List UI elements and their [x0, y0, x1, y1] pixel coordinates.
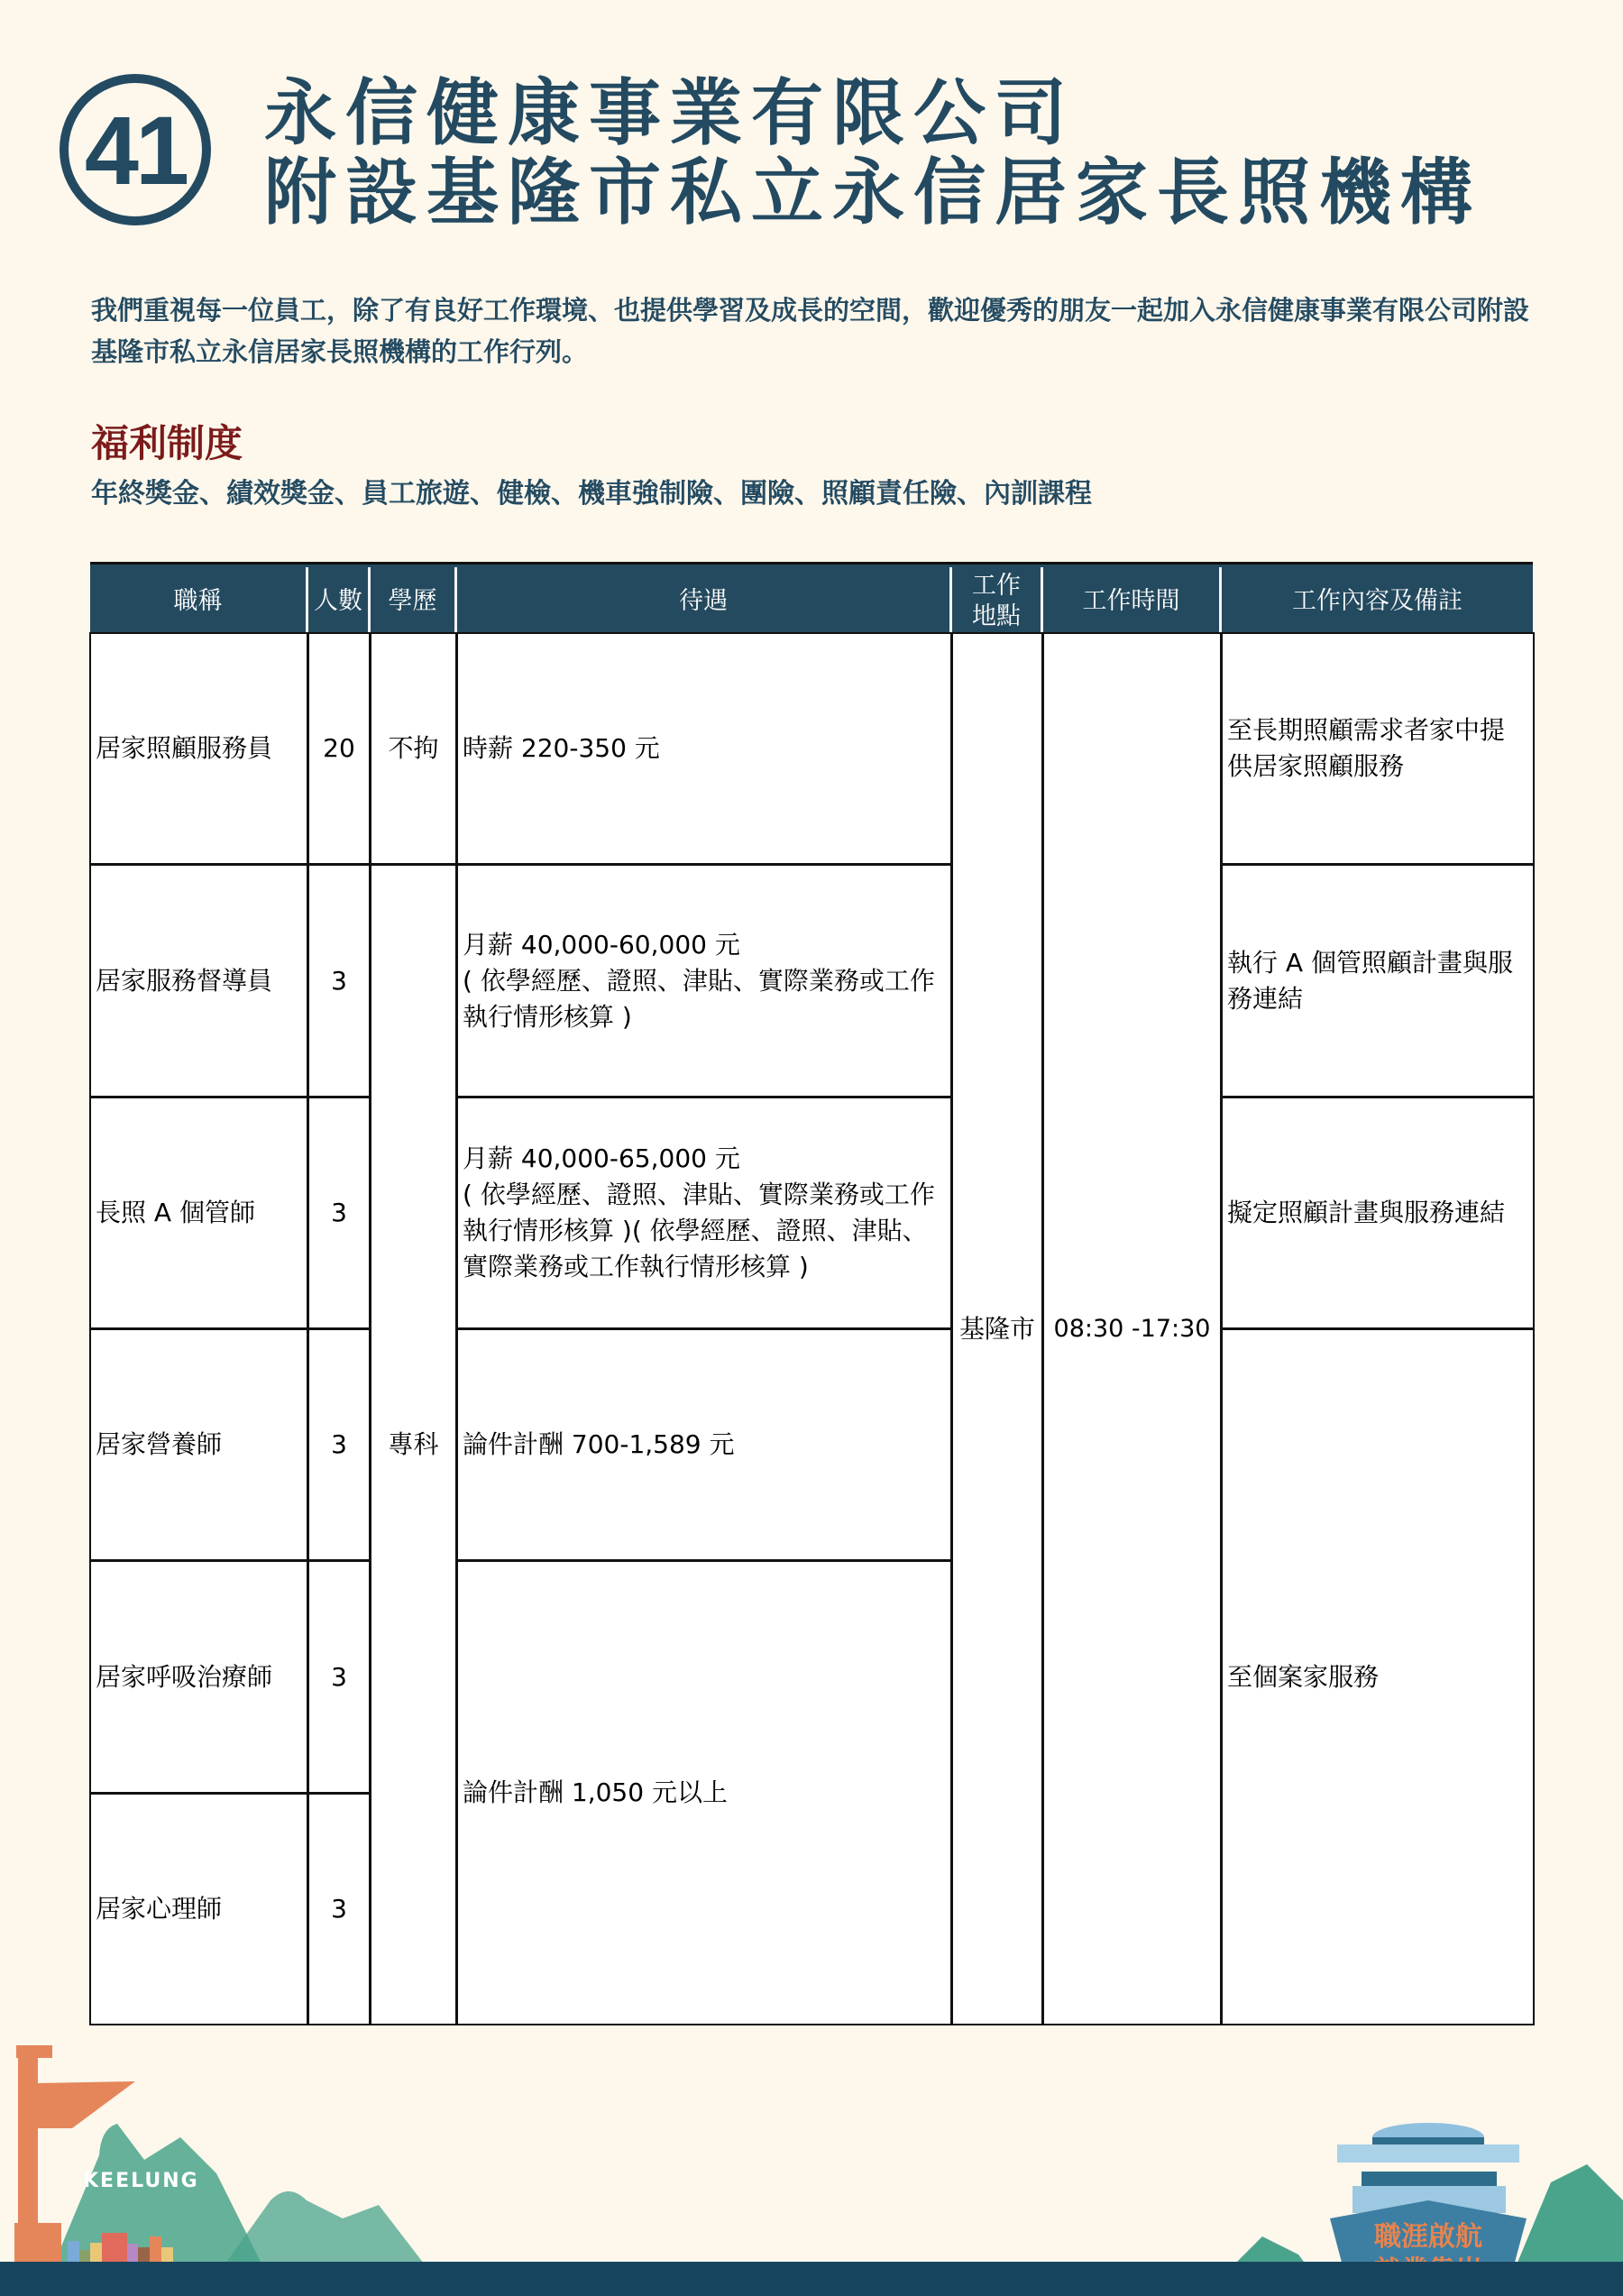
cell-duties: 至個案家服務 [1221, 1328, 1535, 2025]
job-table: 職稱 人數 學歷 待遇 工作 地點 工作時間 工作內容及備註 居家照顧服務員20… [90, 562, 1533, 2025]
cell-headcount: 3 [307, 864, 371, 1097]
cell-hours: 08:30 -17:30 [1042, 632, 1222, 2025]
cell-headcount: 20 [307, 632, 371, 865]
header-location: 工作 地點 [952, 567, 1043, 636]
cell-headcount: 3 [307, 1097, 371, 1329]
benefits-list: 年終獎金、績效獎金、員工旅遊、健檢、機車強制險、團險、照顧責任險、內訓課程 [91, 474, 1092, 514]
cell-salary: 論件計酬 1,050 元以上 [456, 1560, 952, 2025]
cell-salary: 月薪 40,000-60,000 元 ( 依學經歷、證照、津貼、實際業務或工作執… [456, 864, 952, 1097]
cell-headcount: 3 [307, 1560, 371, 1794]
cell-job-title: 居家營養師 [89, 1328, 308, 1561]
cell-headcount: 3 [307, 1328, 371, 1561]
keelung-skyline-illustration: KEELUNG [0, 2020, 721, 2296]
slogan-line-1: 職涯啟航 [1374, 2221, 1482, 2253]
benefits-heading: 福利制度 [91, 420, 243, 467]
table-header: 職稱 人數 學歷 待遇 工作 地點 工作時間 工作內容及備註 [90, 562, 1533, 633]
cell-salary: 論件計酬 700-1,589 元 [456, 1328, 952, 1561]
cell-job-title: 居家心理師 [89, 1793, 308, 2025]
table-body: 居家照顧服務員20居家服務督導員3長照 A 個管師3居家營養師3居家呼吸治療師3… [90, 633, 1533, 2025]
cell-duties: 執行 A 個管照顧計畫與服務連結 [1221, 864, 1535, 1097]
header-education: 學歷 [371, 567, 457, 636]
cell-salary: 月薪 40,000-65,000 元 ( 依學經歷、證照、津貼、實際業務或工作執… [456, 1097, 952, 1329]
city-label: KEELUNG [83, 2170, 199, 2192]
header-duties: 工作內容及備註 [1222, 567, 1533, 636]
cell-location: 基隆市 [951, 632, 1043, 2025]
header-title: 職稱 [90, 567, 308, 636]
cell-duties: 擬定照顧計畫與服務連結 [1221, 1097, 1535, 1329]
header-count: 人數 [308, 567, 371, 636]
footer-bar [0, 2262, 1623, 2296]
listing-number: 41 [85, 94, 186, 207]
company-title-line-2: 附設基隆市私立永信居家長照機構 [264, 153, 1581, 233]
cell-duties: 至長期照顧需求者家中提供居家照顧服務 [1221, 632, 1535, 865]
company-title: 永信健康事業有限公司 附設基隆市私立永信居家長照機構 [264, 74, 1581, 233]
cell-salary: 時薪 220-350 元 [456, 632, 952, 865]
listing-number-badge: 41 [60, 74, 211, 225]
header-salary: 待遇 [457, 567, 952, 636]
cell-job-title: 居家服務督導員 [89, 864, 308, 1097]
cell-job-title: 居家照顧服務員 [89, 632, 308, 865]
cell-job-title: 長照 A 個管師 [89, 1097, 308, 1329]
cell-education: 專科 [370, 864, 457, 2025]
header-hours: 工作時間 [1043, 567, 1222, 636]
cell-education: 不拘 [370, 632, 457, 865]
cell-headcount: 3 [307, 1793, 371, 2025]
company-title-line-1: 永信健康事業有限公司 [264, 74, 1581, 153]
intro-paragraph: 我們重視每一位員工，除了有良好工作環境、也提供學習及成長的空間，歡迎優秀的朋友一… [91, 289, 1543, 372]
cell-job-title: 居家呼吸治療師 [89, 1560, 308, 1794]
